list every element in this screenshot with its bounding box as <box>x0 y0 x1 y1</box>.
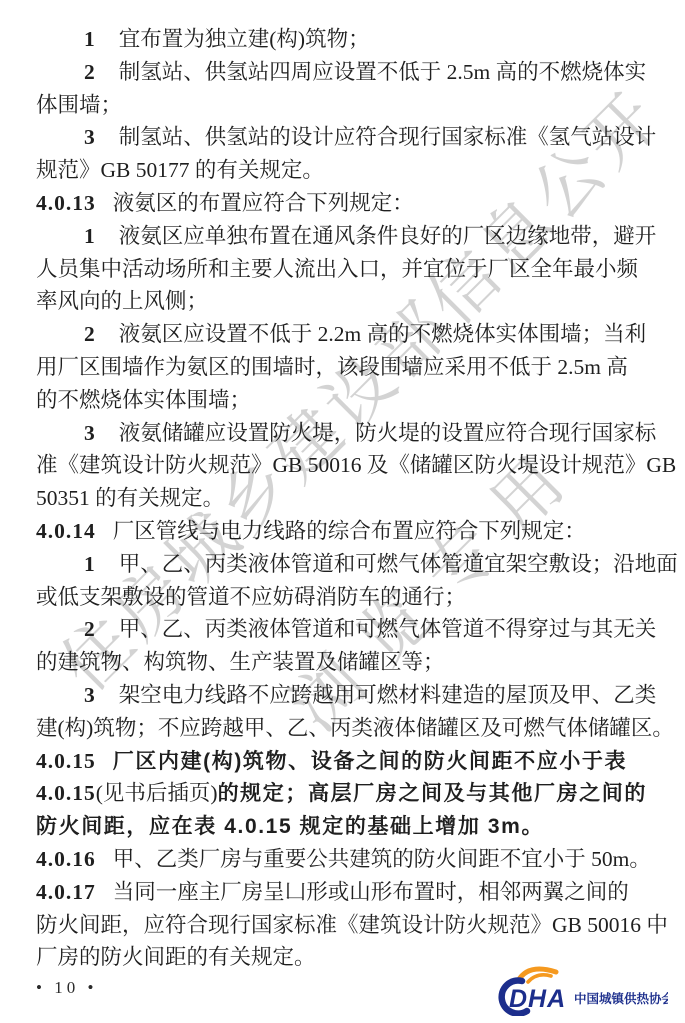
clause-text: 甲、乙、丙类液体管道和可燃气体管道宜架空敷设；沿地面 <box>119 552 678 576</box>
clause-text: 液氨区的布置应符合下列规定： <box>113 191 414 215</box>
text-line: 50351 的有关规定。 <box>36 482 652 515</box>
text-line: 建(构)筑物；不应跨越甲、乙、丙类液体储罐区及可燃气体储罐区。 <box>36 712 652 745</box>
text-line: 3液氨储罐应设置防火堤，防火堤的设置应符合现行国家标 <box>36 417 652 450</box>
dha-logo: DHA 中国城镇供热协会 <box>488 966 668 1016</box>
text-line: 4.0.16甲、乙类厂房与重要公共建筑的防火间距不宜小于 50m。 <box>36 843 652 876</box>
document-body: 1宜布置为独立建(构)筑物；2制氢站、供氢站四周应设置不低于 2.5m 高的不燃… <box>36 23 652 974</box>
page-number: • 10 • <box>36 978 97 998</box>
clause-number: 4.0.16 <box>36 847 96 871</box>
clause-text: 宜布置为独立建(构)筑物； <box>119 27 370 51</box>
clause-number: 4.0.14 <box>36 519 96 543</box>
logo-org-name: 中国城镇供热协会 <box>574 991 668 1006</box>
text-line: 4.0.14厂区管线与电力线路的综合布置应符合下列规定： <box>36 515 652 548</box>
clause-number: 3 <box>84 421 95 445</box>
clause-number: 1 <box>84 27 95 51</box>
clause-text: 甲、乙类厂房与重要公共建筑的防火间距不宜小于 50m。 <box>113 847 651 871</box>
clause-text: 制氢站、供氢站四周应设置不低于 2.5m 高的不燃烧体实 <box>119 60 646 84</box>
clause-text: (见书后插页) <box>96 781 218 805</box>
text-line: 准《建筑设计防火规范》GB 50016 及《储罐区防火堤设计规范》GB <box>36 449 652 482</box>
clause-text: 4.0.15 <box>36 781 96 805</box>
text-line: 3制氢站、供氢站的设计应符合现行国家标准《氢气站设计 <box>36 121 652 154</box>
text-line: 或低支架敷设的管道不应妨碍消防车的通行； <box>36 581 652 614</box>
clause-text: 液氨区应设置不低于 2.2m 高的不燃烧体实体围墙；当利 <box>119 322 646 346</box>
clause-text: 厂区管线与电力线路的综合布置应符合下列规定： <box>113 519 586 543</box>
text-line: 4.0.15厂区内建(构)筑物、设备之间的防火间距不应小于表 <box>36 745 652 778</box>
clause-number: 4.0.17 <box>36 880 96 904</box>
text-line: 规范》GB 50177 的有关规定。 <box>36 154 652 187</box>
logo-swoosh-icon: DHA 中国城镇供热协会 <box>488 966 668 1016</box>
clause-text: 防火间距，应在表 4.0.15 规定的基础上增加 3m。 <box>36 815 544 838</box>
text-line: 3架空电力线路不应跨越用可燃材料建造的屋顶及甲、乙类 <box>36 679 652 712</box>
clause-text: 的不燃烧体实体围墙； <box>36 388 251 412</box>
clause-text: 50351 的有关规定。 <box>36 486 224 510</box>
clause-text: 准《建筑设计防火规范》GB 50016 及《储罐区防火堤设计规范》GB <box>36 453 676 477</box>
text-line: 2甲、乙、丙类液体管道和可燃气体管道不得穿过与其无关 <box>36 613 652 646</box>
clause-text: 制氢站、供氢站的设计应符合现行国家标准《氢气站设计 <box>119 125 657 149</box>
clause-text: 率风向的上风侧； <box>36 289 208 313</box>
text-line: 防火间距，应在表 4.0.15 规定的基础上增加 3m。 <box>36 810 652 843</box>
clause-number: 4.0.13 <box>36 191 96 215</box>
clause-text: 架空电力线路不应跨越用可燃材料建造的屋顶及甲、乙类 <box>119 683 657 707</box>
text-line: 4.0.17当同一座主厂房呈凵形或山形布置时，相邻两翼之间的 <box>36 876 652 909</box>
clause-text: 或低支架敷设的管道不应妨碍消防车的通行； <box>36 585 466 609</box>
clause-text: 防火间距，应符合现行国家标准《建筑设计防火规范》GB 50016 中 <box>36 913 668 937</box>
text-line: 的不燃烧体实体围墙； <box>36 384 652 417</box>
text-line: 4.0.15(见书后插页)的规定；高层厂房之间及与其他厂房之间的 <box>36 777 652 810</box>
clause-text: 甲、乙、丙类液体管道和可燃气体管道不得穿过与其无关 <box>119 617 657 641</box>
clause-text: 液氨储罐应设置防火堤，防火堤的设置应符合现行国家标 <box>119 421 657 445</box>
clause-number: 1 <box>84 224 95 248</box>
clause-text: 规范》GB 50177 的有关规定。 <box>36 158 324 182</box>
text-line: 用厂区围墙作为氨区的围墙时，该段围墙应采用不低于 2.5m 高 <box>36 351 652 384</box>
text-line: 2制氢站、供氢站四周应设置不低于 2.5m 高的不燃烧体实 <box>36 56 652 89</box>
logo-abbr: DHA <box>509 985 566 1013</box>
clause-number: 2 <box>84 617 95 641</box>
clause-text: 建(构)筑物；不应跨越甲、乙、丙类液体储罐区及可燃气体储罐区。 <box>36 716 674 740</box>
clause-text: 厂房的防火间距的有关规定。 <box>36 945 316 969</box>
clause-number: 2 <box>84 60 95 84</box>
clause-number: 2 <box>84 322 95 346</box>
clause-text: 人员集中活动场所和主要人流出入口，并宜位于厂区全年最小频 <box>36 257 638 281</box>
clause-text: 体围墙； <box>36 93 122 117</box>
text-line: 防火间距，应符合现行国家标准《建筑设计防火规范》GB 50016 中 <box>36 909 652 942</box>
clause-text: 用厂区围墙作为氨区的围墙时，该段围墙应采用不低于 2.5m 高 <box>36 355 628 379</box>
clause-number: 1 <box>84 552 95 576</box>
text-line: 1甲、乙、丙类液体管道和可燃气体管道宜架空敷设；沿地面 <box>36 548 652 581</box>
clause-text: 当同一座主厂房呈凵形或山形布置时，相邻两翼之间的 <box>113 880 629 904</box>
clause-text: 的规定；高层厂房之间及与其他厂房之间的 <box>218 782 647 805</box>
clause-text: 的建筑物、构筑物、生产装置及储罐区等； <box>36 650 445 674</box>
text-line: 1液氨区应单独布置在通风条件良好的厂区边缘地带，避开 <box>36 220 652 253</box>
text-line: 的建筑物、构筑物、生产装置及储罐区等； <box>36 646 652 679</box>
text-line: 人员集中活动场所和主要人流出入口，并宜位于厂区全年最小频 <box>36 253 652 286</box>
clause-number: 3 <box>84 683 95 707</box>
clause-number: 3 <box>84 125 95 149</box>
clause-text: 厂区内建(构)筑物、设备之间的防火间距不应小于表 <box>113 750 627 773</box>
text-line: 1宜布置为独立建(构)筑物； <box>36 23 652 56</box>
clause-text: 液氨区应单独布置在通风条件良好的厂区边缘地带，避开 <box>119 224 657 248</box>
text-line: 2液氨区应设置不低于 2.2m 高的不燃烧体实体围墙；当利 <box>36 318 652 351</box>
clause-number: 4.0.15 <box>36 749 96 773</box>
text-line: 4.0.13液氨区的布置应符合下列规定： <box>36 187 652 220</box>
text-line: 体围墙； <box>36 89 652 122</box>
text-line: 率风向的上风侧； <box>36 285 652 318</box>
